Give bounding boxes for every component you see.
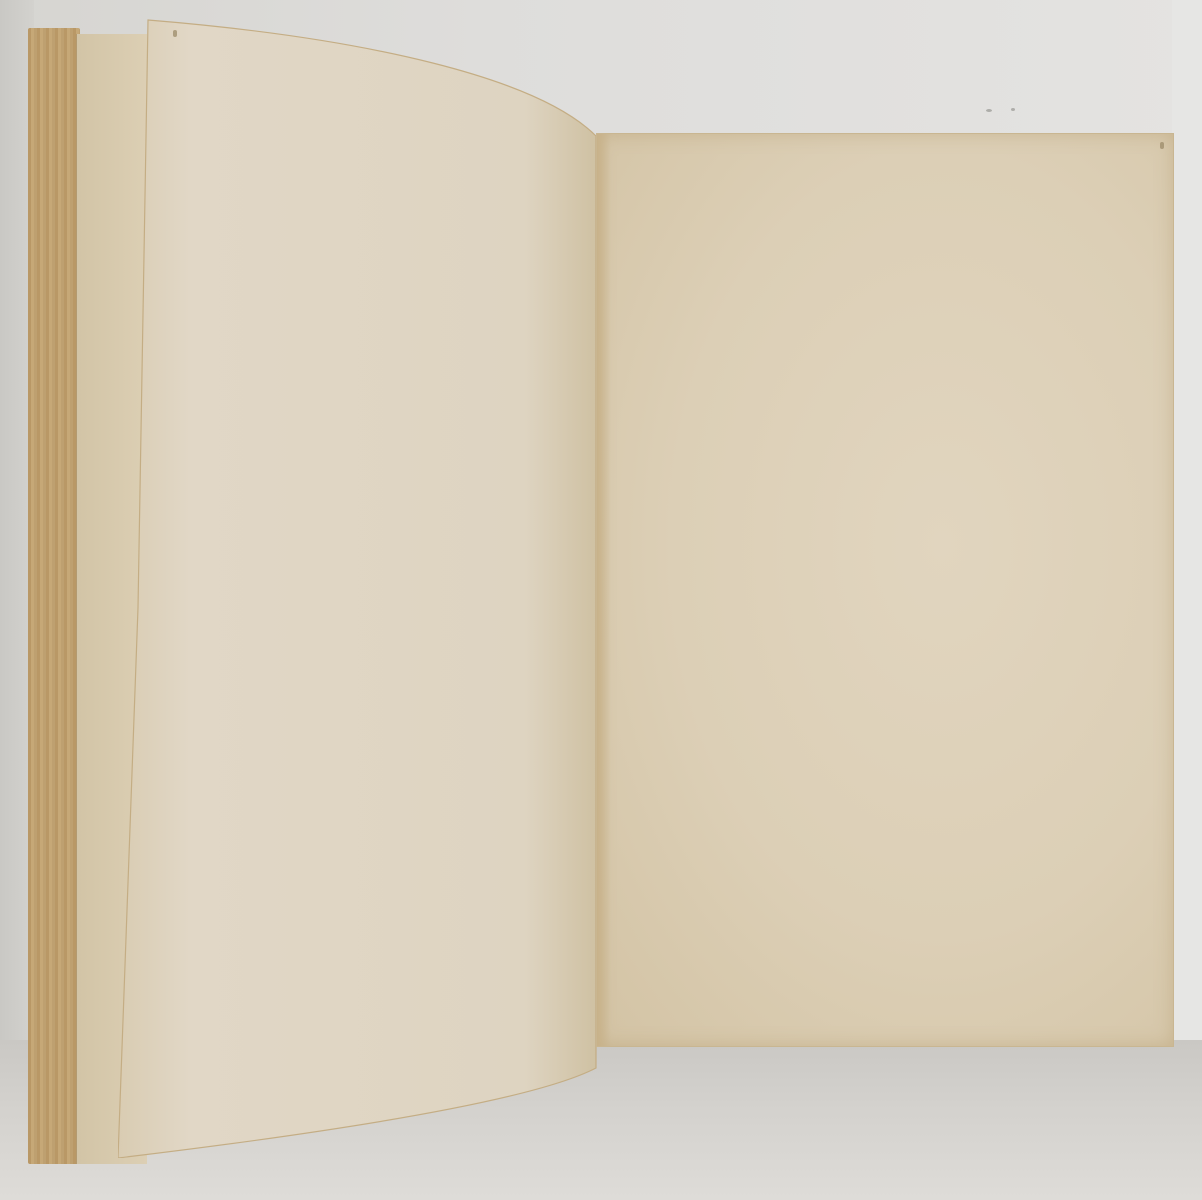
wall-mark [1011, 108, 1015, 111]
photo-scene [0, 0, 1202, 1200]
page-corner-mark [173, 30, 177, 37]
book-page-block-edge [28, 28, 80, 1164]
right-wall-strip [1172, 0, 1202, 1045]
left-page-shape [118, 18, 598, 1158]
right-page [596, 133, 1174, 1047]
left-page-curled [118, 18, 598, 1158]
page-corner-mark [1160, 142, 1164, 149]
wall-mark [986, 109, 992, 112]
page-gutter-shadow [597, 134, 611, 1046]
